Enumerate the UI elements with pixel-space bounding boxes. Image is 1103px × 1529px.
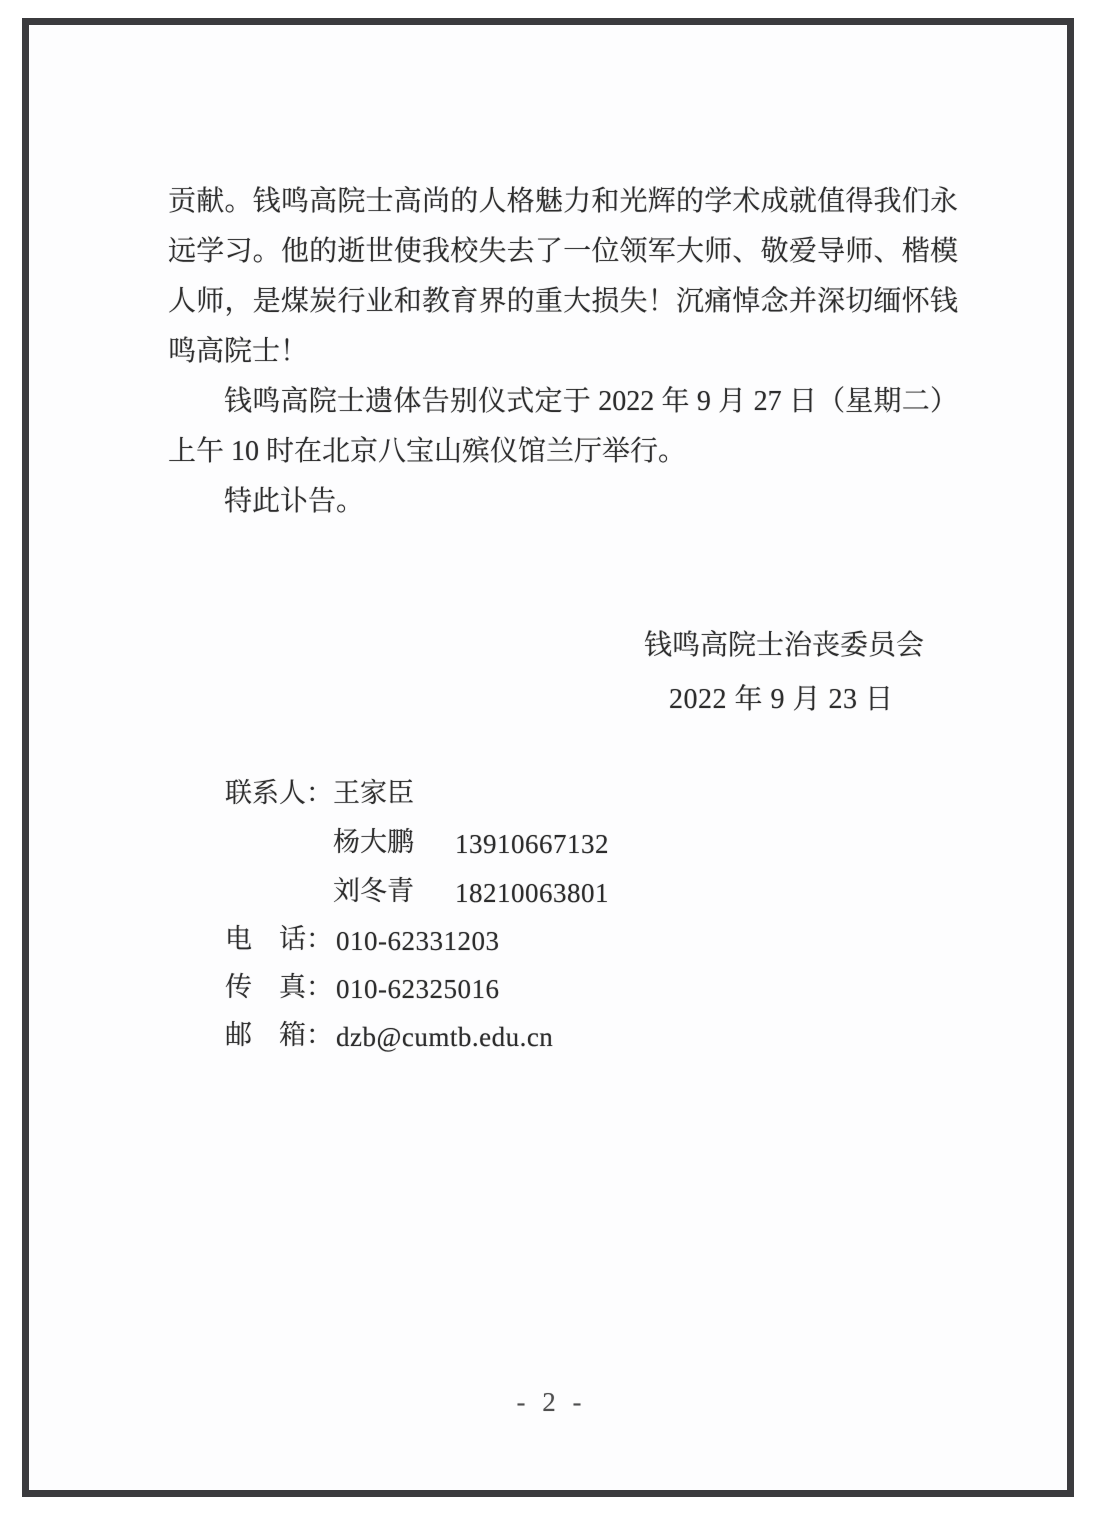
scanned-document-page: 贡献。钱鸣高院士高尚的人格魅力和光辉的学术成就值得我们永远学习。他的逝世使我校失…: [0, 0, 1103, 1529]
phone-label: 电 话：: [225, 925, 333, 955]
fax-label: 传 真：: [225, 973, 333, 1003]
contact-person-name-3: 刘冬青: [333, 877, 414, 907]
contact-person-name-1: 王家臣: [333, 779, 414, 809]
contact-person-phone-2: 13910667132: [455, 830, 609, 860]
paragraph-closing: 特此讣告。: [168, 477, 958, 527]
phone-value: 010-62331203: [336, 927, 500, 957]
page-number: - 2 -: [0, 1387, 1103, 1418]
contact-persons-label: 联系人：: [225, 779, 333, 809]
signature-committee: 钱鸣高院士治丧委员会: [644, 630, 924, 662]
paragraph-ceremony: 钱鸣高院士遗体告别仪式定于 2022 年 9 月 27 日（星期二）上午 10 …: [168, 377, 958, 477]
fax-value: 010-62325016: [336, 975, 500, 1005]
notice-body: 贡献。钱鸣高院士高尚的人格魅力和光辉的学术成就值得我们永远学习。他的逝世使我校失…: [168, 177, 958, 527]
signature-date: 2022 年 9 月 23 日: [669, 684, 894, 716]
contact-person-phone-3: 18210063801: [455, 879, 609, 909]
email-label: 邮 箱：: [225, 1021, 333, 1051]
email-value: dzb@cumtb.edu.cn: [336, 1023, 553, 1053]
contact-person-name-2: 杨大鹏: [333, 828, 414, 858]
paragraph-tribute: 贡献。钱鸣高院士高尚的人格魅力和光辉的学术成就值得我们永远学习。他的逝世使我校失…: [168, 177, 958, 377]
